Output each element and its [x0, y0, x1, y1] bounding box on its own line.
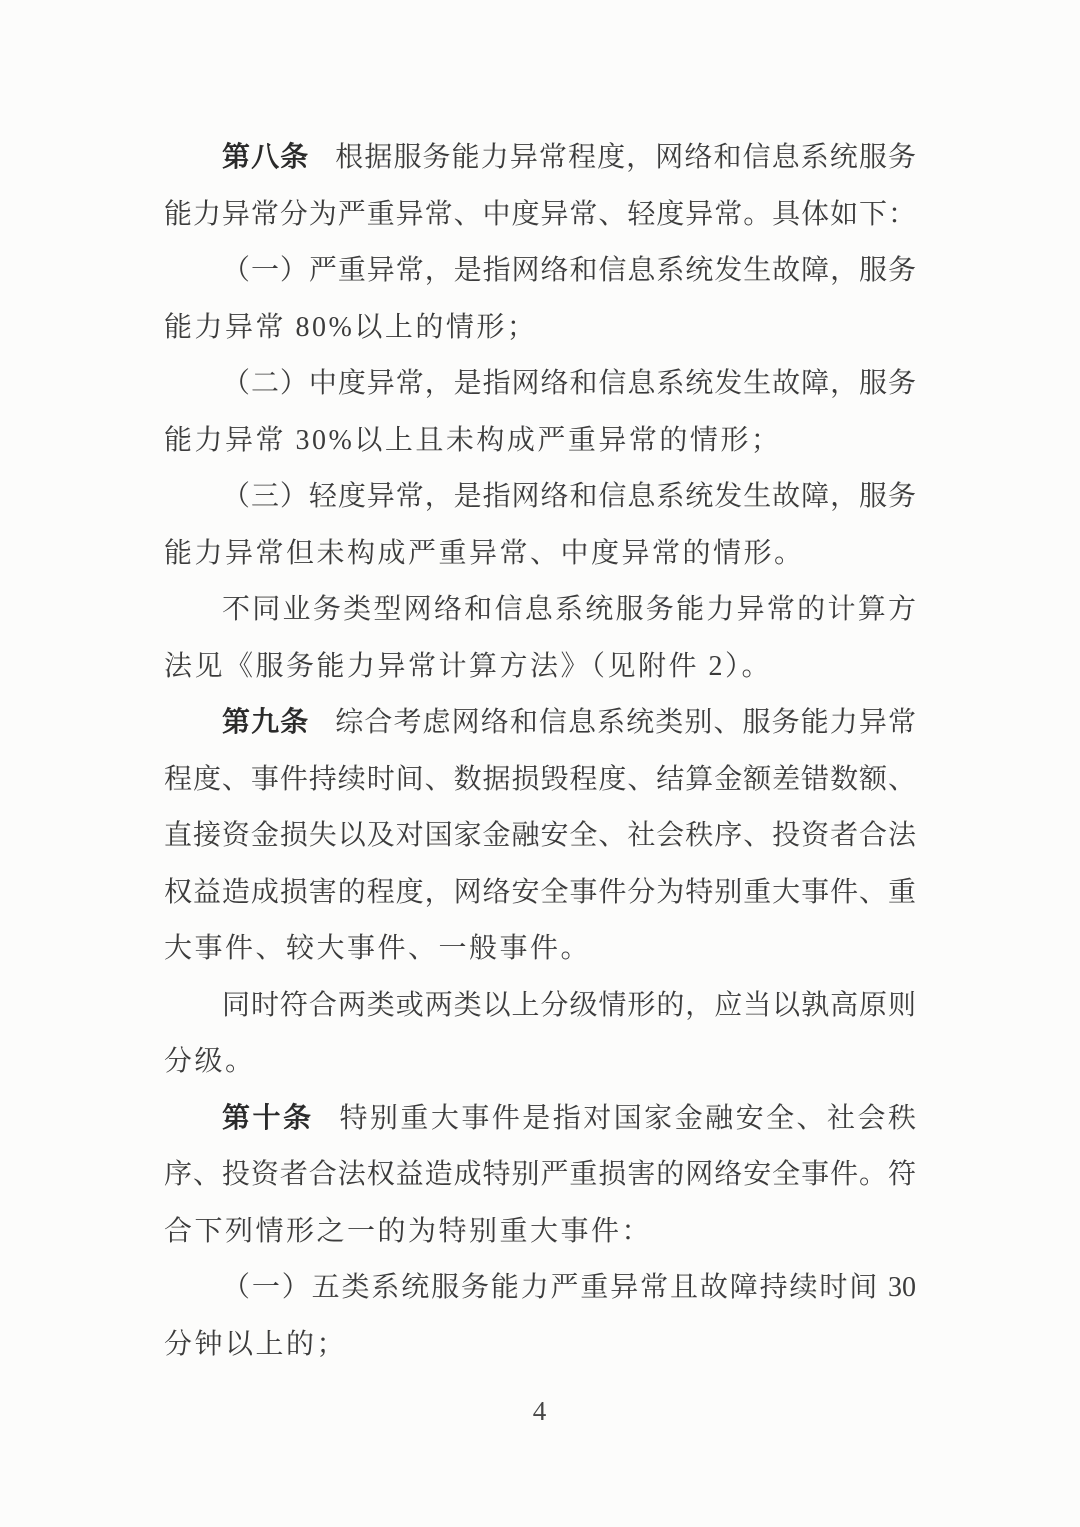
document-page: 第八条根据服务能力异常程度，网络和信息系统服务能力异常分为严重异常、中度异常、轻…: [0, 0, 1080, 1527]
text-line: 能力异常 80%以上的情形；: [164, 300, 916, 357]
article-number: 第八条: [222, 142, 309, 173]
text-line: 第九条综合考虑网络和信息系统类别、服务能力异常: [164, 695, 916, 752]
text-line: （一）严重异常，是指网络和信息系统发生故障，服务: [164, 243, 916, 300]
text-line: 直接资金损失以及对国家金融安全、社会秩序、投资者合法: [164, 808, 916, 865]
text-line: 法见《服务能力异常计算方法》（见附件 2）。: [164, 639, 916, 696]
text-line: 大事件、较大事件、一般事件。: [164, 921, 916, 978]
text-line: 合下列情形之一的为特别重大事件：: [164, 1204, 916, 1261]
document-body: 第八条根据服务能力异常程度，网络和信息系统服务能力异常分为严重异常、中度异常、轻…: [164, 130, 916, 1373]
text-line: 分钟以上的；: [164, 1317, 916, 1374]
article-number: 第九条: [222, 707, 309, 738]
text-line: 能力异常分为严重异常、中度异常、轻度异常。具体如下：: [164, 187, 916, 244]
text-line: （一）五类系统服务能力严重异常且故障持续时间 30: [164, 1260, 916, 1317]
text-line: 能力异常 30%以上且未构成严重异常的情形；: [164, 413, 916, 470]
text-line: 不同业务类型网络和信息系统服务能力异常的计算方: [164, 582, 916, 639]
text-line: 分级。: [164, 1034, 916, 1091]
text-line: 第八条根据服务能力异常程度，网络和信息系统服务: [164, 130, 916, 187]
text-line: 序、投资者合法权益造成特别严重损害的网络安全事件。符: [164, 1147, 916, 1204]
article-number: 第十条: [222, 1103, 313, 1134]
text-line: （三）轻度异常，是指网络和信息系统发生故障，服务: [164, 469, 916, 526]
text-line: 能力异常但未构成严重异常、中度异常的情形。: [164, 526, 916, 583]
text-line: 权益造成损害的程度，网络安全事件分为特别重大事件、重: [164, 865, 916, 922]
text-line: （二）中度异常，是指网络和信息系统发生故障，服务: [164, 356, 916, 413]
page-number: 4: [0, 1396, 1080, 1427]
text-line: 程度、事件持续时间、数据损毁程度、结算金额差错数额、: [164, 752, 916, 809]
text-line: 第十条特别重大事件是指对国家金融安全、社会秩: [164, 1091, 916, 1148]
text-line: 同时符合两类或两类以上分级情形的，应当以孰高原则: [164, 978, 916, 1035]
